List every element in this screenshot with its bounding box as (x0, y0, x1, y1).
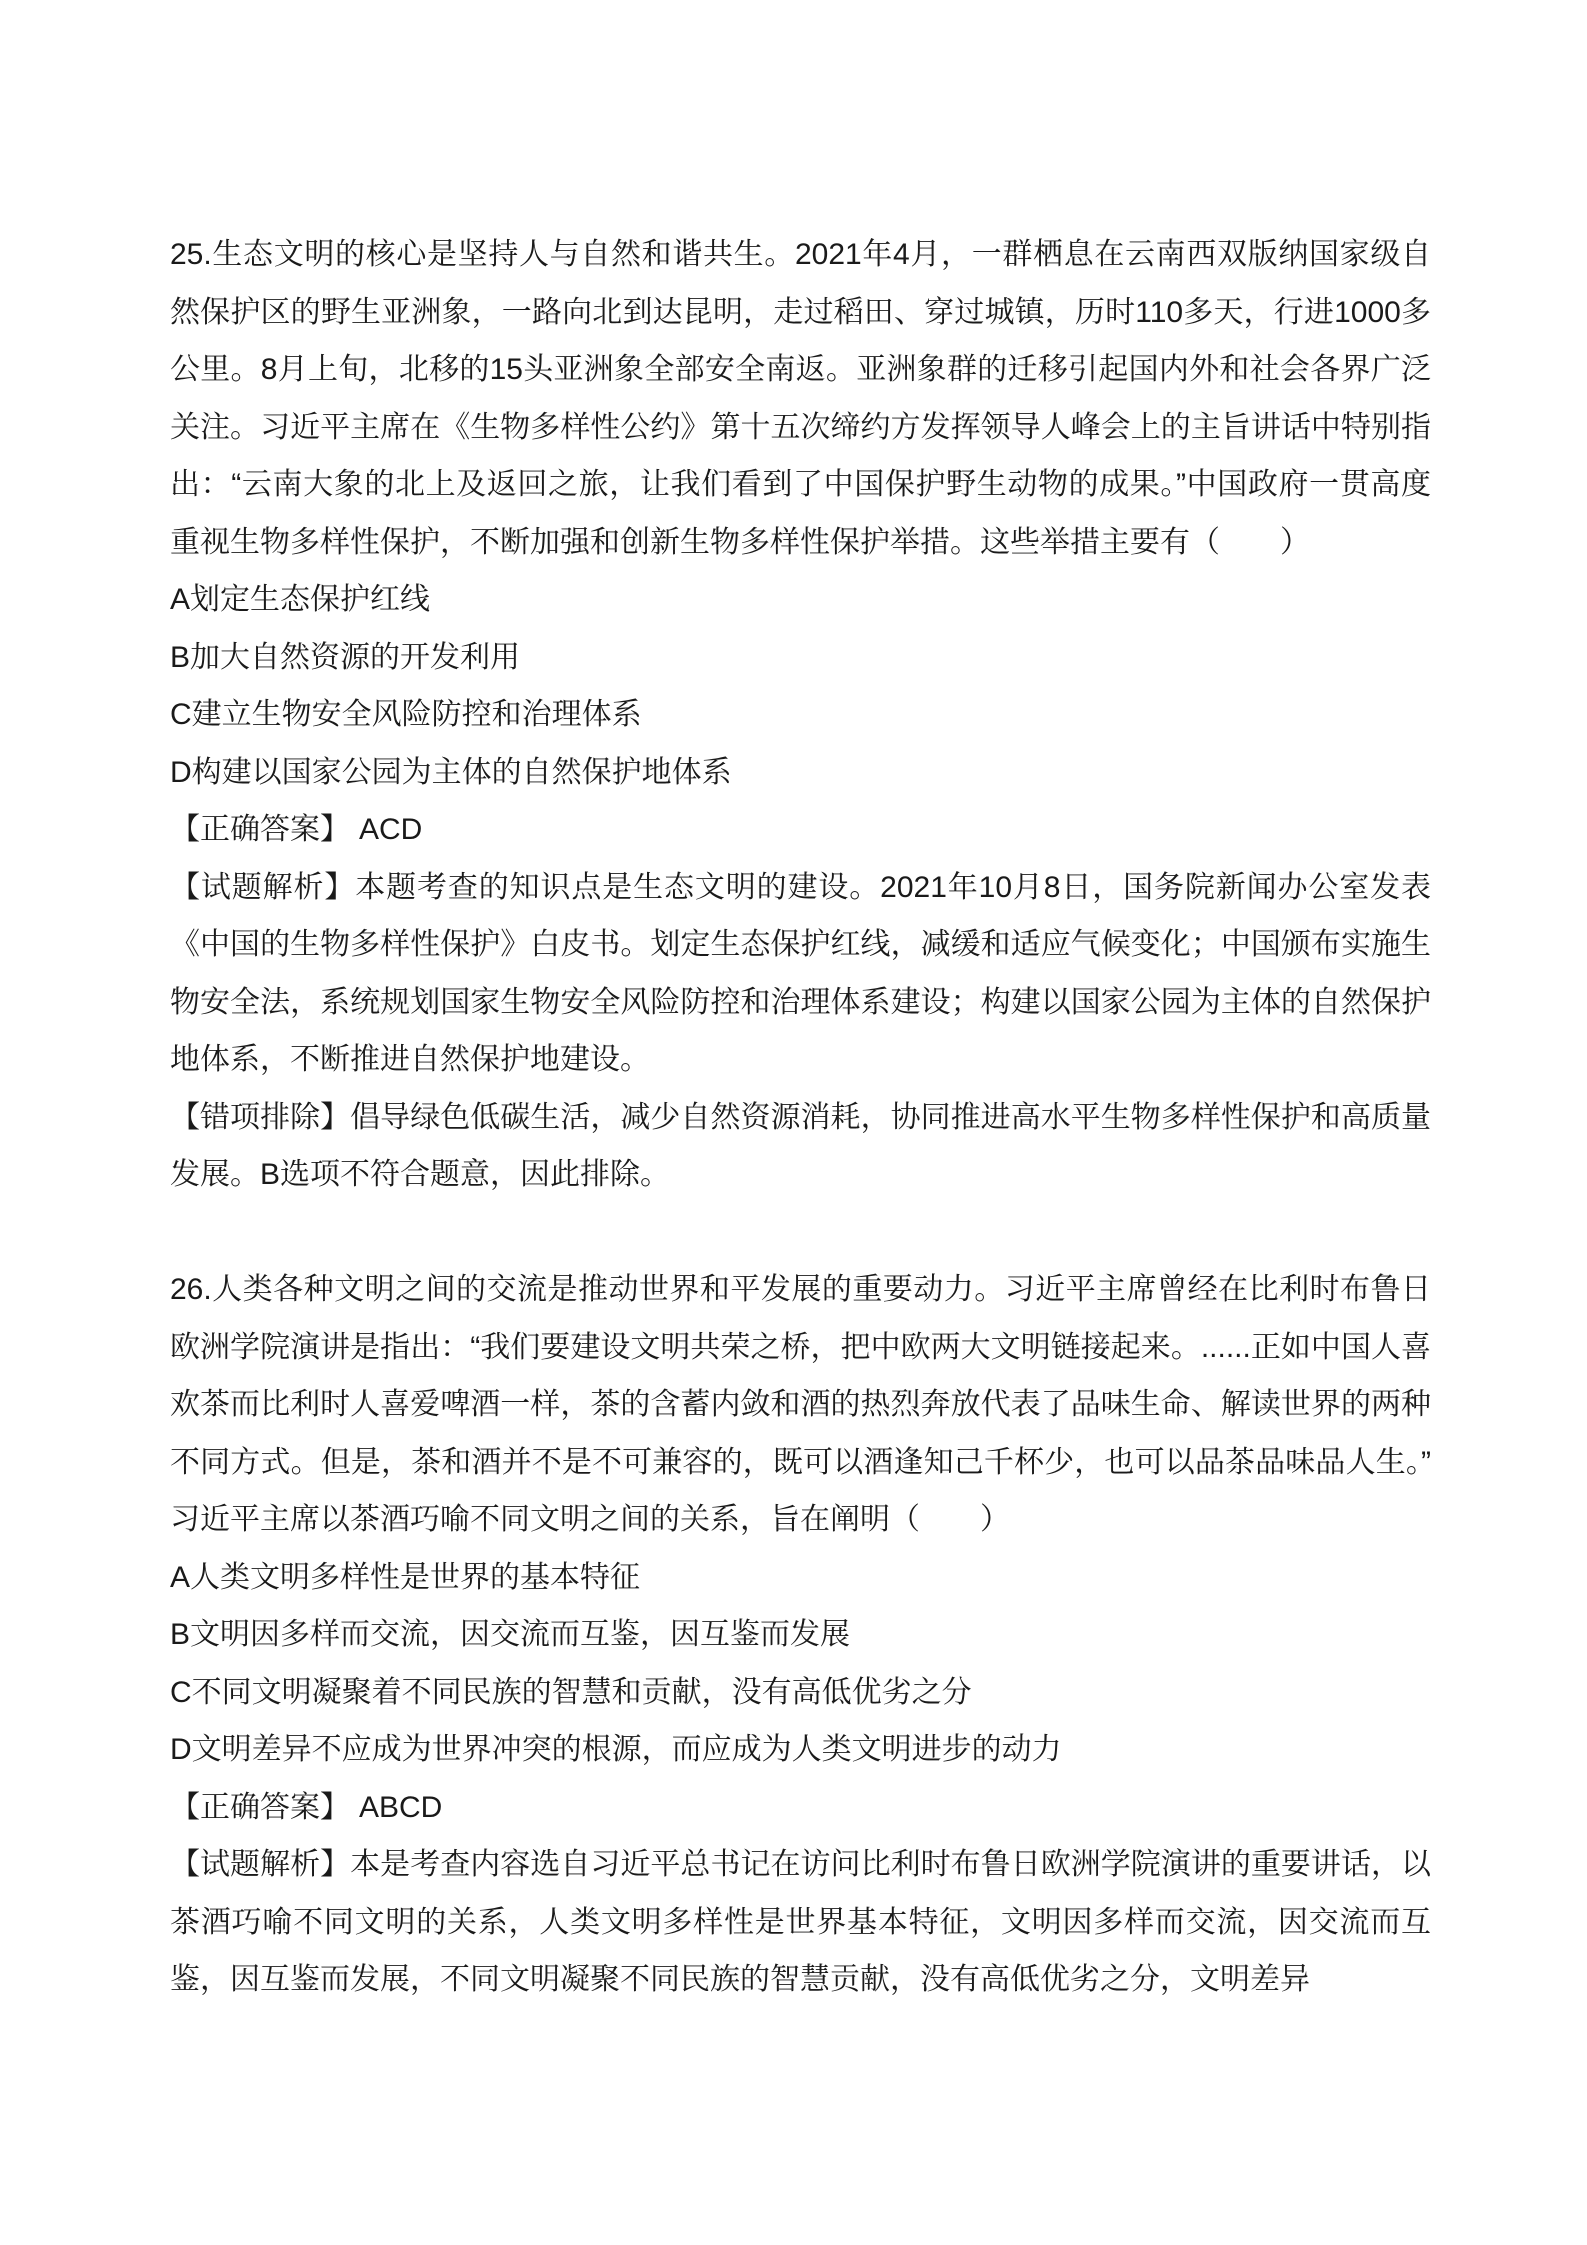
document-page: 25.生态文明的核心是坚持人与自然和谐共生。2021年4月，一群栖息在云南西双版… (0, 0, 1587, 2245)
option-line-b: B加大自然资源的开发利用 (170, 629, 1431, 687)
analysis-paragraph: 【试题解析】本题考查的知识点是生态文明的建设。2021年10月8日，国务院新闻办… (170, 859, 1431, 1089)
option-line-c: C建立生物安全风险防控和治理体系 (170, 686, 1431, 744)
correct-answer-line: 【正确答案】ABCD (170, 1779, 1431, 1837)
analysis-label: 【试题解析】 (170, 871, 355, 904)
analysis-text: 本是考查内容选自习近平总书记在访问比利时布鲁日欧洲学院演讲的重要讲话，以茶酒巧喻… (170, 1848, 1431, 1996)
exclusion-paragraph: 【错项排除】倡导绿色低碳生活，减少自然资源消耗，协同推进高水平生物多样性保护和高… (170, 1089, 1431, 1204)
option-line-d: D文明差异不应成为世界冲突的根源，而应成为人类文明进步的动力 (170, 1721, 1431, 1779)
option-line-a: A划定生态保护红线 (170, 571, 1431, 629)
analysis-label: 【试题解析】 (170, 1848, 350, 1881)
option-line-b: B文明因多样而交流，因交流而互鉴，因互鉴而发展 (170, 1606, 1431, 1664)
option-line-a: A人类文明多样性是世界的基本特征 (170, 1549, 1431, 1607)
question-block-25: 25.生态文明的核心是坚持人与自然和谐共生。2021年4月，一群栖息在云南西双版… (170, 226, 1431, 1204)
correct-answer-line: 【正确答案】ACD (170, 801, 1431, 859)
exclusion-label: 【错项排除】 (170, 1101, 350, 1134)
question-stem: 26.人类各种文明之间的交流是推动世界和平发展的重要动力。习近平主席曾经在比利时… (170, 1261, 1431, 1549)
correct-answer-label: 【正确答案】 (170, 1791, 350, 1824)
analysis-paragraph: 【试题解析】本是考查内容选自习近平总书记在访问比利时布鲁日欧洲学院演讲的重要讲话… (170, 1836, 1431, 2009)
option-line-d: D构建以国家公园为主体的自然保护地体系 (170, 744, 1431, 802)
question-block-26: 26.人类各种文明之间的交流是推动世界和平发展的重要动力。习近平主席曾经在比利时… (170, 1261, 1431, 2009)
question-stem: 25.生态文明的核心是坚持人与自然和谐共生。2021年4月，一群栖息在云南西双版… (170, 226, 1431, 571)
correct-answer-value: ABCD (359, 1791, 442, 1824)
correct-answer-label: 【正确答案】 (170, 813, 350, 846)
analysis-text: 本题考查的知识点是生态文明的建设。2021年10月8日，国务院新闻办公室发表《中… (170, 871, 1431, 1077)
correct-answer-value: ACD (359, 813, 422, 846)
exclusion-text: 倡导绿色低碳生活，减少自然资源消耗，协同推进高水平生物多样性保护和高质量发展。B… (170, 1101, 1431, 1192)
option-line-c: C不同文明凝聚着不同民族的智慧和贡献，没有高低优劣之分 (170, 1664, 1431, 1722)
